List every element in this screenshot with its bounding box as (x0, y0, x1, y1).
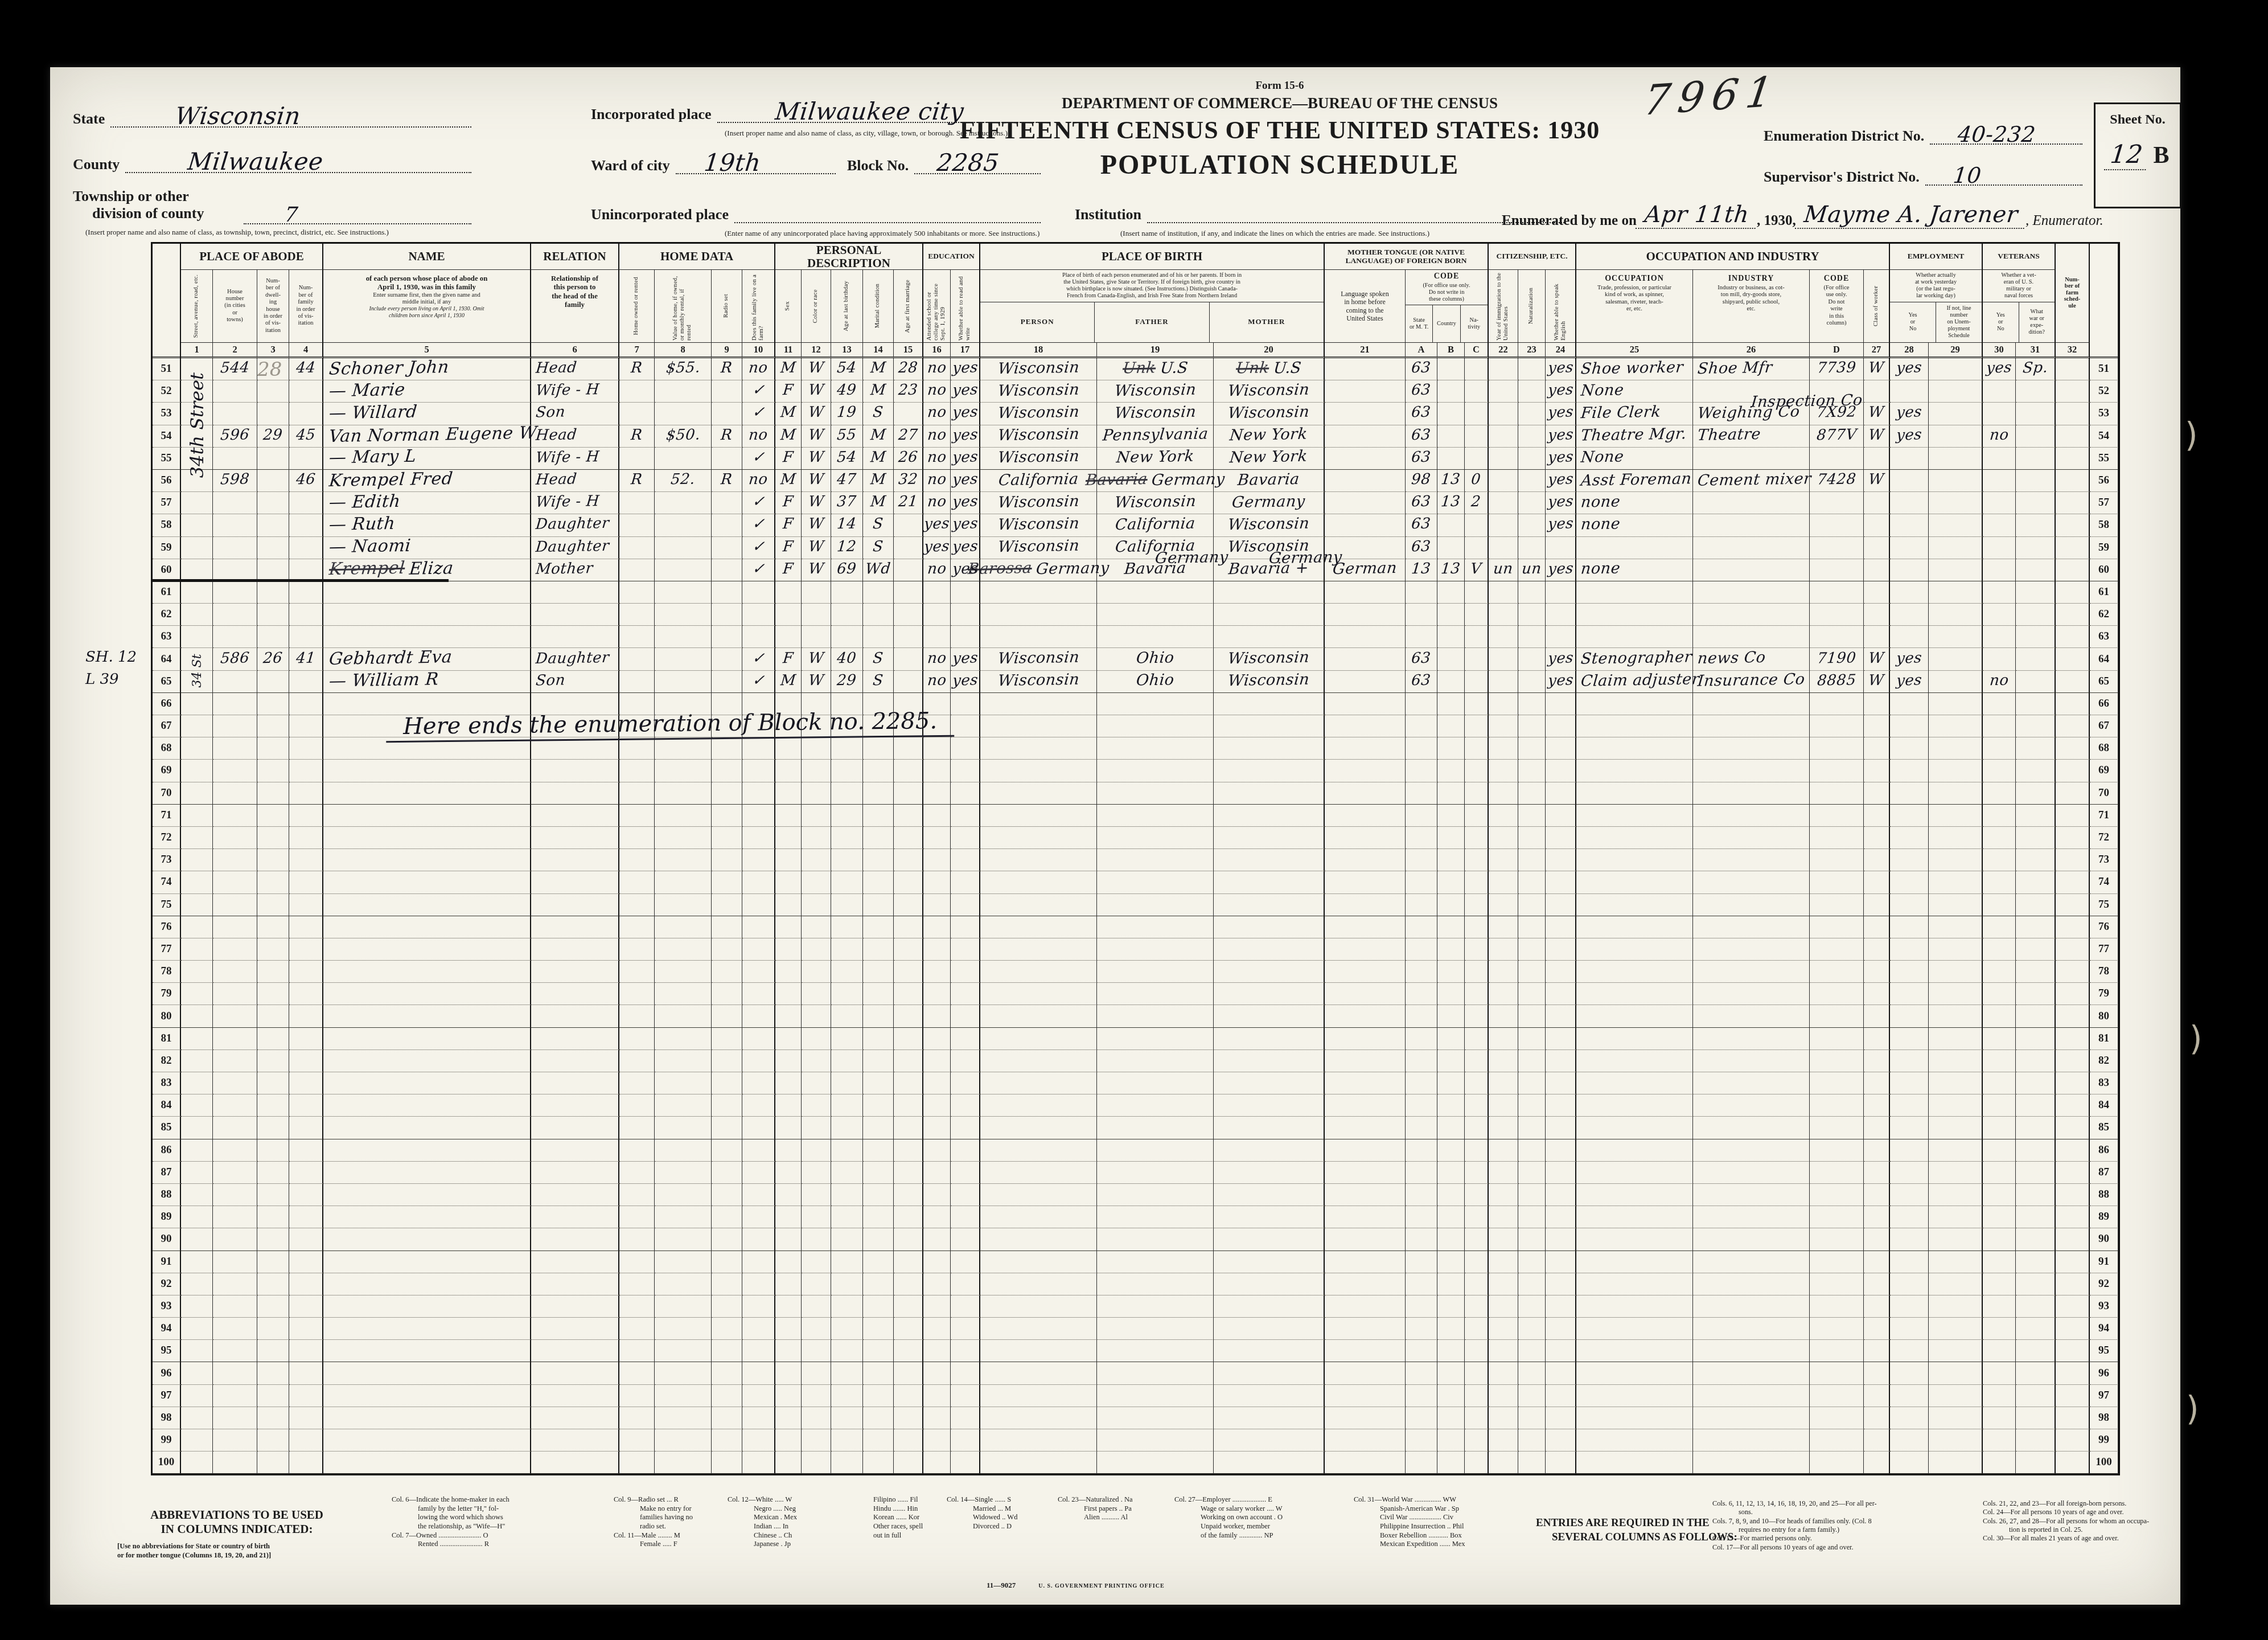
cell-war-line-99 (2016, 1429, 2056, 1452)
cell-house-line-88 (213, 1184, 257, 1206)
cell-farm-line-79 (742, 983, 775, 1005)
cell-fsched-line-78 (2056, 961, 2090, 983)
cell-name-line-97 (323, 1385, 531, 1407)
cell-dwell-line-60 (257, 559, 289, 581)
cell-name-line-63 (323, 626, 531, 648)
cell-agefm-line-86 (894, 1139, 923, 1162)
cell-sex-line-87 (775, 1162, 802, 1184)
cell-name-line-93 (323, 1295, 531, 1318)
cell-B-line-54 (1437, 425, 1465, 448)
col-group-occupation-and-industry: OCCUPATION AND INDUSTRY (1576, 244, 1890, 270)
cell-color-line-80 (802, 1005, 831, 1027)
cell-name-line-80 (323, 1005, 531, 1027)
cell-color-line-90 (802, 1228, 831, 1250)
cell-father-line-93 (1097, 1295, 1214, 1318)
cell-person-line-94 (980, 1318, 1097, 1340)
enumerated-date: Apr 11th (1635, 202, 1758, 229)
cell-occ-line-94 (1576, 1318, 1693, 1340)
line-number-left: 74 (153, 871, 181, 893)
cell-A-line-100 (1406, 1452, 1437, 1474)
cell-relation-line-91 (531, 1251, 619, 1273)
abbr-block-7: Col. 27—Employer ................... EWa… (1174, 1495, 1351, 1540)
cell-farm-line-97 (742, 1385, 775, 1407)
cell-B-line-55 (1437, 448, 1465, 470)
cell-rw-line-93 (951, 1295, 980, 1318)
line-number-left: 98 (153, 1407, 181, 1429)
line-number-left: 81 (153, 1028, 181, 1050)
cell-street-line-77 (181, 938, 213, 961)
cell-language-line-93 (1325, 1295, 1406, 1318)
cell-language-line-70 (1325, 782, 1406, 805)
cell-class-line-84 (1864, 1094, 1890, 1117)
cell-owned-line-69 (619, 760, 655, 782)
cell-age-line-70 (831, 782, 863, 805)
cell-relation-line-97 (531, 1385, 619, 1407)
col-number-person: 18 (980, 343, 1097, 358)
cell-farm-line-63 (742, 626, 775, 648)
cell-unemp-line-53 (1929, 403, 1983, 425)
cell-farm-line-87 (742, 1162, 775, 1184)
cell-vet-line-74 (1983, 871, 2016, 893)
cell-war-line-71 (2016, 805, 2056, 827)
cell-B-line-68 (1437, 737, 1465, 760)
cell-age-line-88 (831, 1184, 863, 1206)
cell-family-line-84 (289, 1094, 323, 1117)
cell-fsched-line-98 (2056, 1407, 2090, 1429)
cell-eng-line-58: yes (1546, 514, 1576, 536)
cell-owned-line-52 (619, 380, 655, 403)
cell-eng-line-82 (1546, 1050, 1576, 1072)
cell-father-line-84 (1097, 1094, 1214, 1117)
cell-name-line-57: — Edith (323, 492, 531, 514)
cell-street-line-73 (181, 849, 213, 871)
cell-ind-line-56: Cement mixer (1693, 470, 1810, 492)
cell-class-line-67 (1864, 715, 1890, 737)
cell-emp-line-84 (1890, 1094, 1929, 1117)
cell-color-line-97 (802, 1385, 831, 1407)
cell-language-line-52 (1325, 380, 1406, 403)
cell-A-line-77 (1406, 938, 1437, 961)
township-label: Township or other division of county (73, 188, 244, 222)
line-number-left: 96 (153, 1362, 181, 1384)
cell-marital-line-74 (863, 871, 894, 893)
cell-house-line-84 (213, 1094, 257, 1117)
cell-father-line-61 (1097, 581, 1214, 604)
cell-yr-line-79 (1489, 983, 1518, 1005)
cell-vet-line-86 (1983, 1139, 2016, 1162)
line-number-right: 83 (2090, 1072, 2118, 1094)
cell-person-line-51: Wisconsin (980, 358, 1097, 380)
supervisor-field: Supervisor's District No. 10 (1764, 165, 2082, 186)
line-number-right: 58 (2090, 514, 2118, 536)
cell-occ-line-87 (1576, 1162, 1693, 1184)
cell-farm-line-75 (742, 894, 775, 916)
cell-person-line-76 (980, 916, 1097, 938)
cell-unemp-line-52 (1929, 380, 1983, 403)
cell-language-line-86 (1325, 1139, 1406, 1162)
cell-relation-line-61 (531, 581, 619, 604)
cell-house-line-75 (213, 894, 257, 916)
cell-unemp-line-86 (1929, 1139, 1983, 1162)
cell-relation-line-62 (531, 604, 619, 626)
cell-radio-line-68 (712, 737, 742, 760)
cell-rw-line-73 (951, 849, 980, 871)
cell-unemp-line-54 (1929, 425, 1983, 448)
line-number-right: 95 (2090, 1340, 2118, 1362)
cell-yr-line-82 (1489, 1050, 1518, 1072)
cell-ind-line-89 (1693, 1206, 1810, 1228)
cell-mother-line-74 (1214, 871, 1325, 893)
cell-fsched-line-83 (2056, 1072, 2090, 1094)
cell-occ-line-85 (1576, 1117, 1693, 1139)
cell-class-line-57 (1864, 492, 1890, 514)
cell-emp-line-95 (1890, 1340, 1929, 1362)
cell-eng-line-56: yes (1546, 470, 1576, 492)
page-curl-mark: ) (2189, 1019, 2203, 1058)
cell-color-line-59: W (802, 537, 831, 559)
cell-war-line-65 (2016, 671, 2056, 693)
cell-marital-line-53: S (863, 403, 894, 425)
cell-name-line-73 (323, 849, 531, 871)
cell-agefm-line-89 (894, 1206, 923, 1228)
cell-mother-line-80 (1214, 1005, 1325, 1027)
cell-nat-line-57 (1518, 492, 1546, 514)
cell-war-line-86 (2016, 1139, 2056, 1162)
col-head-marital: Marital condition (863, 270, 894, 343)
cell-relation-line-92 (531, 1273, 619, 1295)
cell-occ-line-90 (1576, 1228, 1693, 1250)
line-number-right: 71 (2090, 805, 2118, 827)
cell-C-line-100 (1465, 1452, 1489, 1474)
cell-age-line-52: 49 (831, 380, 863, 403)
col-head-radio: Radio set (712, 270, 742, 343)
cell-vet-line-96 (1983, 1362, 2016, 1384)
cell-fsched-line-80 (2056, 1005, 2090, 1027)
cell-dwell-line-61 (257, 581, 289, 604)
cell-emp-line-63 (1890, 626, 1929, 648)
cell-yr-line-85 (1489, 1117, 1518, 1139)
cell-color-line-100 (802, 1452, 831, 1474)
cell-yr-line-75 (1489, 894, 1518, 916)
cell-radio-line-100 (712, 1452, 742, 1474)
cell-age-line-94 (831, 1318, 863, 1340)
enumerated-label: Enumerated by me on (1502, 213, 1637, 229)
cell-occ-line-84 (1576, 1094, 1693, 1117)
cell-yr-line-80 (1489, 1005, 1518, 1027)
cell-vet-line-72 (1983, 827, 2016, 849)
cell-A-line-85 (1406, 1117, 1437, 1139)
cell-fsched-line-63 (2056, 626, 2090, 648)
cell-war-line-53 (2016, 403, 2056, 425)
cell-value-line-92 (655, 1273, 712, 1295)
cell-eng-line-93 (1546, 1295, 1576, 1318)
cell-language-line-88 (1325, 1184, 1406, 1206)
cell-owned-line-82 (619, 1050, 655, 1072)
cell-house-line-85 (213, 1117, 257, 1139)
cell-relation-line-68 (531, 737, 619, 760)
cell-language-line-90 (1325, 1228, 1406, 1250)
cell-yr-line-93 (1489, 1295, 1518, 1318)
cell-street-line-99 (181, 1429, 213, 1452)
col-head-D: CODE(For officeuse only.Do notwritein th… (1810, 270, 1864, 343)
cell-family-line-88 (289, 1184, 323, 1206)
cell-relation-line-74 (531, 871, 619, 893)
cell-war-line-88 (2016, 1184, 2056, 1206)
cell-owned-line-81 (619, 1028, 655, 1050)
line-number-right: 70 (2090, 782, 2118, 805)
cell-marital-line-71 (863, 805, 894, 827)
cell-B-line-67 (1437, 715, 1465, 737)
cell-D-line-64: 7190 (1810, 648, 1864, 670)
line-number-left: 78 (153, 961, 181, 983)
cell-agefm-line-91 (894, 1251, 923, 1273)
cell-farm-line-71 (742, 805, 775, 827)
cell-mother-line-95 (1214, 1340, 1325, 1362)
cell-mother-line-94 (1214, 1318, 1325, 1340)
cell-value-line-82 (655, 1050, 712, 1072)
cell-unemp-line-66 (1929, 693, 1983, 715)
cell-D-line-63 (1810, 626, 1864, 648)
cell-marital-line-73 (863, 849, 894, 871)
cell-sex-line-64: F (775, 648, 802, 670)
cell-family-line-85 (289, 1117, 323, 1139)
cell-ind-line-88 (1693, 1184, 1810, 1206)
col-number-school: 16 (923, 343, 951, 358)
cell-school-line-53: no (923, 403, 951, 425)
cell-color-line-76 (802, 916, 831, 938)
col-group-employment: EMPLOYMENT (1890, 244, 1983, 270)
cell-class-line-85 (1864, 1117, 1890, 1139)
line-number-right: 98 (2090, 1407, 2118, 1429)
cell-street-line-55 (181, 448, 213, 470)
cell-school-line-82 (923, 1050, 951, 1072)
cell-fsched-line-64 (2056, 648, 2090, 670)
cell-war-line-82 (2016, 1050, 2056, 1072)
cell-dwell-line-59 (257, 537, 289, 559)
cell-school-line-83 (923, 1072, 951, 1094)
cell-radio-line-64 (712, 648, 742, 670)
cell-farm-line-68 (742, 737, 775, 760)
cell-war-line-58 (2016, 514, 2056, 536)
cell-value-line-84 (655, 1094, 712, 1117)
col-number-fsched: 32 (2056, 343, 2090, 358)
cell-person-line-72 (980, 827, 1097, 849)
cell-value-line-60 (655, 559, 712, 581)
cell-farm-line-60: ✓ (742, 559, 775, 581)
cell-color-line-51: W (802, 358, 831, 380)
cell-marital-line-63 (863, 626, 894, 648)
cell-name-line-64: Gebhardt Eva (323, 648, 531, 670)
cell-fsched-line-93 (2056, 1295, 2090, 1318)
cell-color-line-99 (802, 1429, 831, 1452)
cell-street-line-60 (181, 559, 213, 581)
cell-rw-line-99 (951, 1429, 980, 1452)
cell-C-line-62 (1465, 604, 1489, 626)
line-number-left: 52 (153, 380, 181, 403)
cell-emp-line-100 (1890, 1452, 1929, 1474)
cell-vet-line-92 (1983, 1273, 2016, 1295)
col-number-dwell: 3 (257, 343, 289, 358)
cell-school-line-63 (923, 626, 951, 648)
cell-mother-line-57: Germany (1214, 492, 1325, 514)
cell-D-line-86 (1810, 1139, 1864, 1162)
cell-language-line-71 (1325, 805, 1406, 827)
line-number-right: 80 (2090, 1005, 2118, 1027)
cell-eng-line-97 (1546, 1385, 1576, 1407)
cell-war-line-60 (2016, 559, 2056, 581)
cell-sex-line-59: F (775, 537, 802, 559)
col-number-war: 31 (2016, 343, 2056, 358)
line-number-right: 78 (2090, 961, 2118, 983)
cell-father-line-66 (1097, 693, 1214, 715)
county-value: Milwaukee (186, 147, 324, 175)
cell-emp-line-92 (1890, 1273, 1929, 1295)
cell-vet-line-97 (1983, 1385, 2016, 1407)
cell-yr-line-86 (1489, 1139, 1518, 1162)
cell-D-line-53: 7X92 (1810, 403, 1864, 425)
cell-family-line-51: 44 (289, 358, 323, 380)
col-head-vet: Whether a vet-eran of U. S.military orna… (1983, 270, 2056, 343)
cell-unemp-line-59 (1929, 537, 1983, 559)
line-number-left: 90 (153, 1228, 181, 1250)
form-number: Form 15-6 (938, 80, 1621, 92)
cell-eng-line-63 (1546, 626, 1576, 648)
cell-person-line-57: Wisconsin (980, 492, 1097, 514)
cell-rw-line-78 (951, 961, 980, 983)
cell-unemp-line-71 (1929, 805, 1983, 827)
cell-dwell-line-70 (257, 782, 289, 805)
cell-house-line-52 (213, 380, 257, 403)
abbr-block-5: Col. 14—Single ...... SMarried ... MWido… (947, 1495, 1055, 1531)
cell-father-line-65: Ohio (1097, 671, 1214, 693)
cell-house-line-91 (213, 1251, 257, 1273)
cell-age-line-64: 40 (831, 648, 863, 670)
cell-radio-line-59 (712, 537, 742, 559)
cell-age-line-97 (831, 1385, 863, 1407)
cell-father-line-56: BavariaGermany (1097, 470, 1214, 492)
cell-unemp-line-58 (1929, 514, 1983, 536)
cell-language-line-64 (1325, 648, 1406, 670)
cell-street-line-56 (181, 470, 213, 492)
cell-sex-line-92 (775, 1273, 802, 1295)
census-title: FIFTEENTH CENSUS OF THE UNITED STATES: 1… (938, 116, 1621, 145)
cell-dwell-line-96 (257, 1362, 289, 1384)
cell-B-line-81 (1437, 1028, 1465, 1050)
cell-rw-line-91 (951, 1251, 980, 1273)
cell-A-line-79 (1406, 983, 1437, 1005)
cell-mother-line-52: Wisconsin (1214, 380, 1325, 403)
cell-nat-line-98 (1518, 1407, 1546, 1429)
cell-color-line-74 (802, 871, 831, 893)
cell-D-line-62 (1810, 604, 1864, 626)
cell-fsched-line-62 (2056, 604, 2090, 626)
cell-street-line-86 (181, 1139, 213, 1162)
cell-radio-line-81 (712, 1028, 742, 1050)
cell-owned-line-75 (619, 894, 655, 916)
cell-fsched-line-55 (2056, 448, 2090, 470)
cell-war-line-93 (2016, 1295, 2056, 1318)
cell-vet-line-52 (1983, 380, 2016, 403)
cell-age-line-80 (831, 1005, 863, 1027)
col-number-family: 4 (289, 343, 323, 358)
cell-relation-line-87 (531, 1162, 619, 1184)
cell-A-line-80 (1406, 1005, 1437, 1027)
cell-color-line-55: W (802, 448, 831, 470)
cell-C-line-83 (1465, 1072, 1489, 1094)
cell-father-line-79 (1097, 983, 1214, 1005)
cell-name-line-54: Van Norman Eugene W (323, 425, 531, 448)
cell-marital-line-98 (863, 1407, 894, 1429)
cell-name-line-69 (323, 760, 531, 782)
cell-B-line-86 (1437, 1139, 1465, 1162)
cell-unemp-line-75 (1929, 894, 1983, 916)
cell-C-line-90 (1465, 1228, 1489, 1250)
cell-name-line-83 (323, 1072, 531, 1094)
county-label: County (73, 156, 125, 173)
line-number-left: 71 (153, 805, 181, 827)
cell-ind-line-86 (1693, 1139, 1810, 1162)
cell-marital-line-65: S (863, 671, 894, 693)
cell-war-line-70 (2016, 782, 2056, 805)
cell-age-line-53: 19 (831, 403, 863, 425)
cell-class-line-82 (1864, 1050, 1890, 1072)
cell-ind-line-78 (1693, 961, 1810, 983)
cell-emp-line-52 (1890, 380, 1929, 403)
cell-B-line-71 (1437, 805, 1465, 827)
cell-yr-line-69 (1489, 760, 1518, 782)
cell-mother-line-98 (1214, 1407, 1325, 1429)
cell-fsched-line-89 (2056, 1206, 2090, 1228)
cell-unemp-line-85 (1929, 1117, 1983, 1139)
cell-name-line-71 (323, 805, 531, 827)
cell-person-line-95 (980, 1340, 1097, 1362)
cell-mother-line-73 (1214, 849, 1325, 871)
cell-color-line-63 (802, 626, 831, 648)
incorporated-field: Incorporated place Milwaukee city (591, 102, 1041, 123)
cell-dwell-line-94 (257, 1318, 289, 1340)
col-number-vet: 30 (1983, 343, 2016, 358)
cell-person-line-65: Wisconsin (980, 671, 1097, 693)
cell-street-line-68 (181, 737, 213, 760)
cell-owned-line-68 (619, 737, 655, 760)
cell-color-line-68 (802, 737, 831, 760)
cell-agefm-line-65 (894, 671, 923, 693)
cell-father-line-85 (1097, 1117, 1214, 1139)
cell-unemp-line-82 (1929, 1050, 1983, 1072)
cell-dwell-line-93 (257, 1295, 289, 1318)
cell-vet-line-66 (1983, 693, 2016, 715)
line-number-left: 97 (153, 1385, 181, 1407)
line-number-right: 60 (2090, 559, 2118, 581)
cell-owned-line-62 (619, 604, 655, 626)
cell-B-line-61 (1437, 581, 1465, 604)
cell-B-line-72 (1437, 827, 1465, 849)
cell-color-line-70 (802, 782, 831, 805)
cell-D-line-76 (1810, 916, 1864, 938)
cell-radio-line-72 (712, 827, 742, 849)
line-number-right: 94 (2090, 1318, 2118, 1340)
cell-vet-line-61 (1983, 581, 2016, 604)
cell-fsched-line-94 (2056, 1318, 2090, 1340)
cell-person-line-64: Wisconsin (980, 648, 1097, 670)
cell-eng-line-64: yes (1546, 648, 1576, 670)
cell-farm-line-92 (742, 1273, 775, 1295)
cell-color-line-56: W (802, 470, 831, 492)
cell-eng-line-53: yes (1546, 403, 1576, 425)
col-group-mother-tongue-or-native: MOTHER TONGUE (OR NATIVELANGUAGE) OF FOR… (1325, 244, 1489, 270)
cell-D-line-75 (1810, 894, 1864, 916)
cell-language-line-79 (1325, 983, 1406, 1005)
